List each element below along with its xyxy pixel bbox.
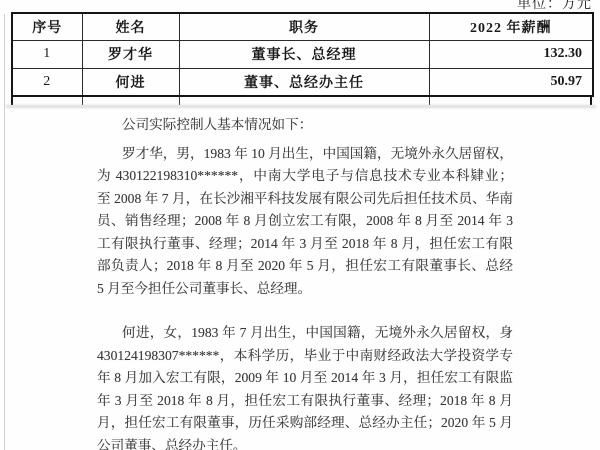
paragraph-line: 月，担任宏工有限董事，历任采购部经理、总经办主任；2020 年 5 月至今担任 — [97, 412, 513, 435]
paragraph-line: 5 月至今担任公司董事长、总经理。 — [97, 278, 513, 301]
document-page: 单位：万元 序号 姓名 职务 2022 年薪酬 1 罗才华 董事长、总经理 13… — [0, 0, 600, 450]
body-text: 公司实际控制人基本情况如下： 罗才华，男，1983 年 10 月出生，中国国籍，… — [97, 114, 513, 450]
paragraph-line: 年 3 月至 2018 年 8 月，担任宏工有限执行董事、经理；2018 年 8… — [97, 390, 513, 413]
paragraph-line: 至 2008 年 7 月，在长沙湘平科技发展有限公司先后担任技术员、华南区域销售 — [97, 188, 513, 211]
paragraph-line: 何进，女，1983 年 7 月出生，中国国籍，无境外永久居留权，身份证号 — [97, 322, 513, 345]
paragraph-line: 罗才华，男，1983 年 10 月出生，中国国籍，无境外永久居留权，身份证号 — [97, 143, 513, 166]
cell-index: 1 — [12, 40, 82, 68]
cell-salary: 50.97 — [429, 68, 593, 96]
cell-name: 罗才华 — [82, 40, 179, 68]
cell-position: 董事、总经办主任 — [179, 68, 429, 96]
table-cropped-row — [11, 97, 592, 105]
paragraph-line: 工有限执行董事、经理；2014 年 3 月至 2018 年 8 月，担任宏工有限… — [97, 233, 513, 256]
paragraph-line: 公司董事、总经办主任。 — [97, 435, 513, 450]
header-cell-position: 职务 — [179, 13, 429, 40]
paragraph-line: 员、销售经理；2008 年 8 月创立宏工有限，2008 年 8 月至 2014… — [97, 210, 513, 233]
cell-name: 何进 — [82, 68, 179, 96]
header-cell-salary: 2022 年薪酬 — [429, 13, 593, 40]
cell-salary: 132.30 — [429, 40, 593, 68]
paragraph-line: 430124198307******，本科学历，毕业于中南财经政法大学投资学专业… — [97, 345, 513, 368]
paragraph-line: 部负责人；2018 年 8 月至 2020 年 5 月，担任宏工有限董事长、总经… — [97, 255, 513, 278]
header-cell-index: 序号 — [12, 13, 82, 40]
paragraph-line: 年 8 月加入宏工有限，2009 年 10 月至 2014 年 3 月，担任宏工… — [97, 367, 513, 390]
scan-artifact-line — [6, 105, 596, 108]
table-header-row: 序号 姓名 职务 2022 年薪酬 — [12, 13, 593, 40]
paragraph-line: 为 430122198310******，中南大学电子与信息技术专业本科肄业；2… — [97, 165, 513, 188]
table-row: 2 何进 董事、总经办主任 50.97 — [12, 68, 593, 96]
table-row: 1 罗才华 董事长、总经理 132.30 — [12, 40, 593, 68]
cell-position: 董事长、总经理 — [179, 40, 429, 68]
page-edge-line — [4, 14, 5, 450]
executive-salary-table: 序号 姓名 职务 2022 年薪酬 1 罗才华 董事长、总经理 132.30 2… — [11, 12, 594, 97]
body-heading: 公司实际控制人基本情况如下： — [97, 114, 513, 137]
header-cell-name: 姓名 — [82, 13, 179, 40]
cell-index: 2 — [12, 68, 82, 96]
